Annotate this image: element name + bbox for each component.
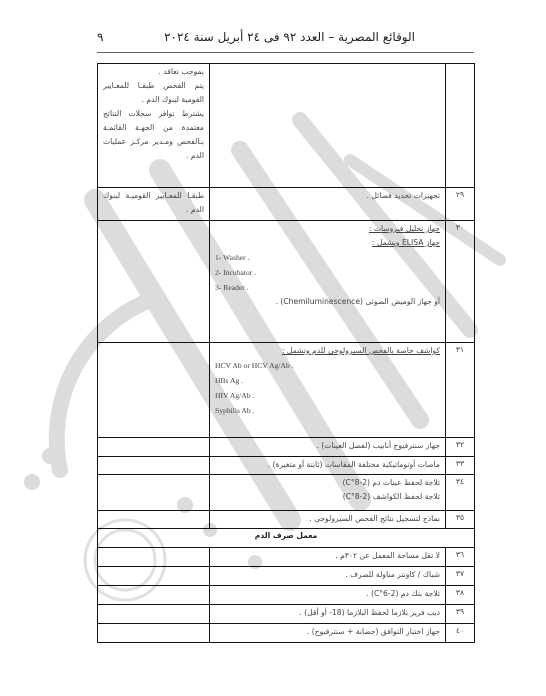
row-note bbox=[98, 624, 210, 643]
item-line: لا تقل مساحة المعمل عن ٣٠٢م . bbox=[215, 549, 440, 563]
item-line: كواشف خاصة بالفحص السيرولوجى للدم وتشمل … bbox=[215, 344, 440, 358]
row-note bbox=[98, 567, 210, 586]
row-number bbox=[446, 64, 475, 188]
row-number: ٣٩ bbox=[446, 605, 475, 624]
section-header-row: معمل صرف الدم bbox=[98, 529, 475, 548]
row-item: شباك / كاونتر مناولة للصرف . bbox=[210, 567, 446, 586]
item-line: جهاز ELISA ويشمل : bbox=[215, 236, 440, 250]
row-item bbox=[210, 64, 446, 188]
note-line: يتم الفحص طبقـا للمعـايير القومية لبنوك … bbox=[103, 79, 204, 107]
english-line: 1- Washer . bbox=[215, 250, 440, 265]
table-row: ٣٨ ثلاجة بنك دم (2-6°C) . bbox=[98, 586, 475, 605]
table-row: ٣٦ لا تقل مساحة المعمل عن ٣٠٢م . bbox=[98, 548, 475, 567]
row-item: ماصات أوتوماتيكية مختلفة المقاسات (ثابتة… bbox=[210, 457, 446, 475]
page-number: ٩ bbox=[97, 30, 103, 44]
row-item: جهاز اختبار التوافق (حضانة + سنترفيوج) . bbox=[210, 624, 446, 643]
row-note bbox=[98, 221, 210, 343]
row-number: ٣٥ bbox=[446, 511, 475, 529]
row-item: نماذج لتسجيل نتائج الفحص السيرولوجى . bbox=[210, 511, 446, 529]
english-line: HCV Ab or HCV Ag/Ab . bbox=[215, 358, 440, 373]
row-note bbox=[98, 511, 210, 529]
note-line: يشترط توافر سجلات النتائج معتمدة من الجه… bbox=[103, 107, 204, 163]
row-number: ٣٣ bbox=[446, 457, 475, 475]
row-note bbox=[98, 343, 210, 438]
table-row: ٣٣ ماصات أوتوماتيكية مختلفة المقاسات (ثا… bbox=[98, 457, 475, 475]
row-number: ٣٨ bbox=[446, 586, 475, 605]
table-row: ٣٥ نماذج لتسجيل نتائج الفحص السيرولوجى . bbox=[98, 511, 475, 529]
row-number: ٤٠ bbox=[446, 624, 475, 643]
row-number: ٢٩ bbox=[446, 188, 475, 221]
section-title: معمل صرف الدم bbox=[98, 529, 475, 548]
equipment-table: بموجب تعاقد . يتم الفحص طبقـا للمعـايير … bbox=[97, 63, 475, 643]
row-note bbox=[98, 457, 210, 475]
item-line: جهاز سنترفيوج أنابيب (لفصل العينات) . bbox=[215, 439, 440, 453]
item-line: تجهيزات تحديد فصائل . bbox=[215, 189, 440, 203]
english-line: HIV Ag/Ab . bbox=[215, 388, 440, 403]
table-row: ٣١ كواشف خاصة بالفحص السيرولوجى للدم وتش… bbox=[98, 343, 475, 438]
row-item: ديب فريز بلازما لحفظ البلازما (18- أو أق… bbox=[210, 605, 446, 624]
row-item: ثلاجة لحفظ عينات دم (2-8°C) ثلاجة لحفظ ا… bbox=[210, 475, 446, 511]
item-line: ثلاجة لحفظ الكواشف (2-8°C) bbox=[215, 490, 440, 504]
row-number: ٣١ bbox=[446, 343, 475, 438]
row-note bbox=[98, 438, 210, 457]
english-line: 3- Reader . bbox=[215, 280, 440, 295]
item-line: شباك / كاونتر مناولة للصرف . bbox=[215, 568, 440, 582]
item-line: أو جهاز الوميض الضوئى (Chemiluminescence… bbox=[215, 295, 440, 309]
row-item: تجهيزات تحديد فصائل . bbox=[210, 188, 446, 221]
item-line: ديب فريز بلازما لحفظ البلازما (18- أو أق… bbox=[215, 606, 440, 620]
table-row: ٣٩ ديب فريز بلازما لحفظ البلازما (18- أو… bbox=[98, 605, 475, 624]
table-row: ٤٠ جهاز اختبار التوافق (حضانة + سنترفيوج… bbox=[98, 624, 475, 643]
page-header: الوقائع المصرية – العدد ٩٢ فى ٢٤ أبريل س… bbox=[97, 26, 475, 50]
row-number: ٣٦ bbox=[446, 548, 475, 567]
row-number: ٣٢ bbox=[446, 438, 475, 457]
row-note bbox=[98, 586, 210, 605]
row-item: لا تقل مساحة المعمل عن ٣٠٢م . bbox=[210, 548, 446, 567]
table-row: ٢٩ تجهيزات تحديد فصائل . طبقـا للمعـايير… bbox=[98, 188, 475, 221]
table-row: ٣٢ جهاز سنترفيوج أنابيب (لفصل العينات) . bbox=[98, 438, 475, 457]
item-line: جهاز تحليل فيروسات : bbox=[215, 222, 440, 236]
row-number: ٣٤ bbox=[446, 475, 475, 511]
row-number: ٣٠ bbox=[446, 221, 475, 343]
item-line: ثلاجة بنك دم (2-6°C) . bbox=[215, 587, 440, 601]
english-line: Syphilis Ab . bbox=[215, 403, 440, 418]
row-note bbox=[98, 605, 210, 624]
english-line: HBs Ag . bbox=[215, 373, 440, 388]
row-item: كواشف خاصة بالفحص السيرولوجى للدم وتشمل … bbox=[210, 343, 446, 438]
row-note bbox=[98, 475, 210, 511]
table-row: ٣٠ جهاز تحليل فيروسات : جهاز ELISA ويشمل… bbox=[98, 221, 475, 343]
row-number: ٣٧ bbox=[446, 567, 475, 586]
row-note: طبقـا للمعـايير القوميـة لبنوك الدم . bbox=[98, 188, 210, 221]
row-item: جهاز سنترفيوج أنابيب (لفصل العينات) . bbox=[210, 438, 446, 457]
item-line: نماذج لتسجيل نتائج الفحص السيرولوجى . bbox=[215, 512, 440, 526]
note-line: طبقـا للمعـايير القوميـة لبنوك الدم . bbox=[103, 189, 204, 217]
row-item: جهاز تحليل فيروسات : جهاز ELISA ويشمل : … bbox=[210, 221, 446, 343]
row-note: بموجب تعاقد . يتم الفحص طبقـا للمعـايير … bbox=[98, 64, 210, 188]
table-row: ٣٧ شباك / كاونتر مناولة للصرف . bbox=[98, 567, 475, 586]
page-title: الوقائع المصرية – العدد ٩٢ فى ٢٤ أبريل س… bbox=[164, 30, 415, 44]
note-line: بموجب تعاقد . bbox=[103, 65, 204, 79]
header-divider bbox=[97, 52, 474, 53]
english-line: 2- Incubator . bbox=[215, 265, 440, 280]
table-row: ٣٤ ثلاجة لحفظ عينات دم (2-8°C) ثلاجة لحف… bbox=[98, 475, 475, 511]
item-line: جهاز اختبار التوافق (حضانة + سنترفيوج) . bbox=[215, 625, 440, 639]
item-line: ثلاجة لحفظ عينات دم (2-8°C) bbox=[215, 476, 440, 490]
row-note bbox=[98, 548, 210, 567]
row-item: ثلاجة بنك دم (2-6°C) . bbox=[210, 586, 446, 605]
item-line: ماصات أوتوماتيكية مختلفة المقاسات (ثابتة… bbox=[215, 458, 440, 472]
table-row: بموجب تعاقد . يتم الفحص طبقـا للمعـايير … bbox=[98, 64, 475, 188]
